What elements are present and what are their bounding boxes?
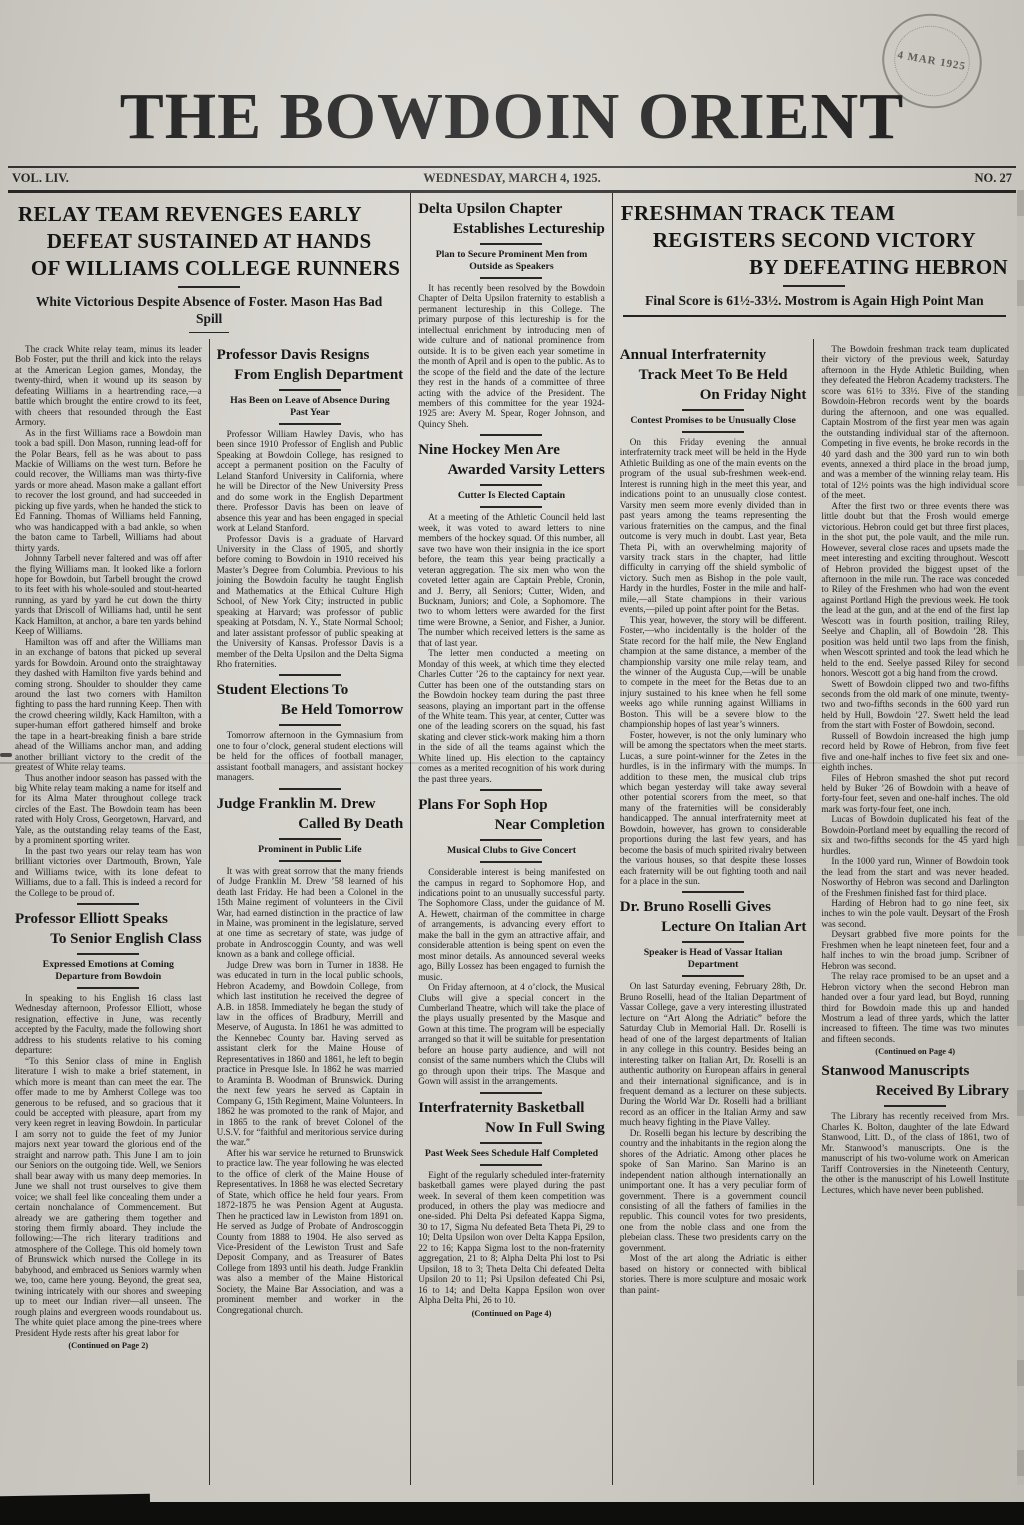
column-4: Annual Interfraternity Track Meet To Be … [613,339,815,1485]
paragraph: Johnny Tarbell never faltered and was of… [15,553,202,637]
article-relay-body: The crack White relay team, minus its le… [15,344,202,898]
divider [682,431,744,433]
headline-group: Stanwood Manuscripts Received By Library [821,1061,1009,1101]
headline-group: Annual Interfraternity Track Meet To Be … [620,345,807,405]
article-elections: Student Elections To Be Held Tomorrow To… [217,680,404,782]
subheadline: Speaker is Head of Vassar Italian Depart… [626,947,801,971]
divider [77,903,139,905]
article-drew: Judge Franklin M. Drew Called By Death P… [217,794,404,1315]
divider [480,789,542,791]
article-elliott: Professor Elliott Speaks To Senior Engli… [15,909,202,1350]
paragraph: Russell of Bowdoin increased the high ju… [821,731,1009,773]
stamp-date: 4 MAR 1925 [897,49,967,73]
column-3: Delta Upsilon Chapter Establishes Lectur… [411,193,613,1485]
headline: Professor Elliott Speaks [15,909,202,929]
headline: RELAY TEAM REVENGES EARLY [18,201,400,228]
column-5: The Bowdoin freshman track team duplicat… [814,339,1016,1485]
headline-group: Plans For Soph Hop Near Completion [418,795,605,835]
divider [480,861,542,863]
scan-edge-artifact [1017,190,1024,1485]
headline: Judge Franklin M. Drew [217,794,404,814]
article-roselli: Dr. Bruno Roselli Gives Lecture On Itali… [620,897,807,1295]
divider [480,506,542,508]
paragraph: Deysart grabbed five more points for the… [821,929,1009,971]
headline: Awarded Varsity Letters [418,460,605,480]
divider [480,277,542,279]
paragraph: The Bowdoin freshman track team duplicat… [821,344,1009,501]
divider [480,839,542,841]
continued-notice: (Continued on Page 4) [821,1047,1009,1056]
paragraph: Dr. Roselli began his lecture by describ… [620,1128,807,1253]
divider [480,434,542,436]
headline: Student Elections To [217,680,404,700]
column-1: The crack White relay team, minus its le… [8,339,210,1485]
paragraph: The letter men conducted a meeting on Mo… [418,648,605,784]
scan-bottom-bar [0,1502,1024,1525]
subheadline: Musical Clubs to Give Concert [424,845,599,857]
subheadline: Contest Promises to be Unusually Close [626,415,801,427]
headline: On Friday Night [620,385,807,405]
paragraph: Most of the art along the Adriatic is ei… [620,1253,807,1295]
subheadline: White Victorious Despite Absence of Fost… [18,292,400,328]
headline: Establishes Lectureship [418,219,605,239]
newspaper-page: 4 MAR 1925 THE BOWDOIN ORIENT VOL. LIV. … [0,0,1024,1525]
paragraph: In the past two years our relay team has… [15,846,202,898]
article-freshman-header: FRESHMAN TRACK TEAM REGISTERS SECOND VIC… [613,193,1016,339]
article-basketball: Interfraternity Basketball Now In Full S… [418,1098,605,1318]
divider [783,285,845,287]
article-track-meet: Annual Interfraternity Track Meet To Be … [620,345,807,886]
divider [279,724,341,726]
headline: Received By Library [821,1081,1009,1101]
page-title: THE BOWDOIN ORIENT [0,0,1024,152]
divider [480,1142,542,1144]
divider [480,243,542,245]
paragraph: Thus another indoor season has passed wi… [15,773,202,846]
divider [480,1092,542,1094]
divider [279,423,341,425]
divider [682,891,744,893]
paragraph: Professor Davis is a graduate of Harvard… [217,534,404,670]
headline: Annual Interfraternity [620,345,807,365]
divider [279,674,341,676]
edge-mark-artifact [0,753,12,757]
paragraph: It has recently been resolved by the Bow… [418,283,605,429]
headline-group: Nine Hockey Men Are Awarded Varsity Lett… [418,440,605,480]
headline: Now In Full Swing [418,1118,605,1138]
article-relay-header: RELAY TEAM REVENGES EARLY DEFEAT SUSTAIN… [8,193,411,339]
divider [189,332,229,333]
column-2: Professor Davis Resigns From English Dep… [210,339,412,1485]
divider [77,953,139,955]
paragraph: Hamilton was off and after the Williams … [15,637,202,773]
paragraph: After the first two or three events ther… [821,501,1009,679]
article-davis: Professor Davis Resigns From English Dep… [217,345,404,669]
article-freshman-body: The Bowdoin freshman track team duplicat… [821,344,1009,1056]
headline: Near Completion [418,815,605,835]
issue-number-label: NO. 27 [679,171,1012,186]
divider [884,1105,946,1107]
paragraph: This year, however, the story will be di… [620,615,807,730]
paragraph: Tomorrow afternoon in the Gymnasium from… [217,730,404,782]
headline-group: Judge Franklin M. Drew Called By Death [217,794,404,834]
divider [279,788,341,790]
paragraph: Professor William Hawley Davis, who has … [217,429,404,534]
article-delta-upsilon: Delta Upsilon Chapter Establishes Lectur… [418,199,605,429]
continued-notice: (Continued on Page 2) [15,1341,202,1350]
divider [77,987,139,989]
paragraph: It was with great sorrow that the many f… [217,866,404,960]
paragraph: On this Friday evening the annual interf… [620,437,807,615]
headline: OF WILLIAMS COLLEGE RUNNERS [18,255,400,282]
paragraph: In speaking to his English 16 class last… [15,993,202,1056]
subheadline: Prominent in Public Life [223,844,398,856]
divider [682,409,744,411]
subheadline: Plan to Secure Prominent Men from Outsid… [424,249,599,273]
continued-notice: (Continued on Page 4) [418,1309,605,1318]
headline: To Senior English Class [15,929,202,949]
headline-group: Dr. Bruno Roselli Gives Lecture On Itali… [620,897,807,937]
subheadline: Has Been on Leave of Absence During Past… [223,395,398,419]
paragraph: Harding of Hebron had to go nine feet, s… [821,898,1009,929]
headline: Track Meet To Be Held [620,365,807,385]
paragraph: Swett of Bowdoin clipped two and two-fif… [821,679,1009,731]
headline: Stanwood Manuscripts [821,1061,1009,1081]
paragraph: After his war service he returned to Bru… [217,1148,404,1315]
paragraph: On Friday afternoon, at 4 o’clock, the M… [418,982,605,1087]
dateline: VOL. LIV. WEDNESDAY, MARCH 4, 1925. NO. … [8,166,1016,193]
headline: Nine Hockey Men Are [418,440,605,460]
headline: REGISTERS SECOND VICTORY [621,227,1008,254]
divider [279,838,341,840]
divider [682,941,744,943]
paragraph: Eight of the regularly scheduled inter-f… [418,1170,605,1306]
paragraph: The crack White relay team, minus its le… [15,344,202,428]
date-label: WEDNESDAY, MARCH 4, 1925. [345,171,678,186]
volume-label: VOL. LIV. [12,171,345,186]
headline: Interfraternity Basketball [418,1098,605,1118]
headline: Called By Death [217,814,404,834]
paragraph: On last Saturday evening, February 28th,… [620,981,807,1127]
headline: BY DEFEATING HEBRON [621,254,1008,281]
headline-group: Interfraternity Basketball Now In Full S… [418,1098,605,1138]
subheadline: Expressed Emotions at Coming Departure f… [21,959,196,983]
headline: Be Held Tomorrow [217,700,404,720]
headline: Lecture On Italian Art [620,917,807,937]
paragraph: In the 1000 yard run, Winner of Bowdoin … [821,856,1009,898]
headline: Delta Upsilon Chapter [418,199,605,219]
paragraph: Lucas of Bowdoin duplicated his feat of … [821,814,1009,856]
divider [682,975,744,977]
headline: Dr. Bruno Roselli Gives [620,897,807,917]
paragraph: At a meeting of the Athletic Council hel… [418,512,605,648]
headline: DEFEAT SUSTAINED AT HANDS [18,228,400,255]
headline-group: Delta Upsilon Chapter Establishes Lectur… [418,199,605,239]
paragraph: The Library has recently received from M… [821,1111,1009,1195]
paragraph: Judge Drew was born in Turner in 1838. H… [217,960,404,1148]
paragraph: The relay race promised to be an upset a… [821,971,1009,1044]
content-grid: RELAY TEAM REVENGES EARLY DEFEAT SUSTAIN… [8,193,1016,1485]
divider [279,389,341,391]
paragraph: Foster, however, is not the only luminar… [620,730,807,887]
headline: FRESHMAN TRACK TEAM [621,200,1008,227]
article-soph-hop: Plans For Soph Hop Near Completion Music… [418,795,605,1087]
headline-group: Student Elections To Be Held Tomorrow [217,680,404,720]
headline: Professor Davis Resigns [217,345,404,365]
headline: From English Department [217,365,404,385]
divider [480,484,542,486]
paragraph: “To this Senior class of mine in English… [15,1056,202,1338]
headline-group: Professor Elliott Speaks To Senior Engli… [15,909,202,949]
divider [480,1164,542,1166]
divider [178,286,240,288]
headline: Plans For Soph Hop [418,795,605,815]
paragraph: As in the first Williams race a Bowdoin … [15,428,202,553]
divider [623,315,1006,317]
subheadline: Cutter Is Elected Captain [424,490,599,502]
paragraph: Files of Hebron smashed the shot put rec… [821,773,1009,815]
article-hockey-letters: Nine Hockey Men Are Awarded Varsity Lett… [418,440,605,784]
paragraph: Considerable interest is being manifeste… [418,867,605,982]
divider [279,860,341,862]
subheadline: Final Score is 61½-33½. Mostrom is Again… [621,291,1008,310]
article-stanwood: Stanwood Manuscripts Received By Library… [821,1061,1009,1195]
headline-group: Professor Davis Resigns From English Dep… [217,345,404,385]
subheadline: Past Week Sees Schedule Half Completed [424,1148,599,1160]
